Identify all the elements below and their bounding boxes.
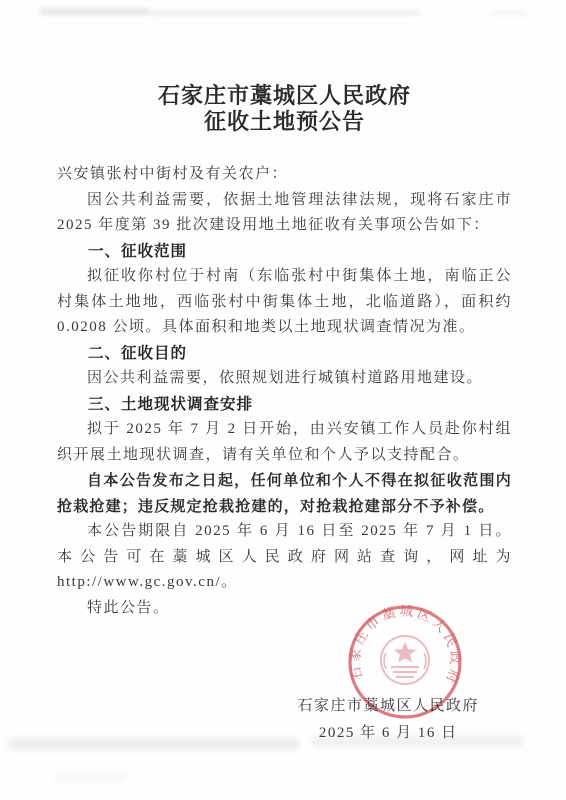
paragraph-survey: 拟于 2025 年 7 月 2 日开始，由兴安镇工作人员赴你村组织开展土地现状调… [57, 417, 512, 468]
paragraph-warning: 自本公告发布之日起，任何单位和个人不得在拟征收范围内抢栽抢建；违反规定抢栽抢建的… [57, 468, 512, 519]
paragraph-intro: 因公共利益需要，依据土地管理法律法规，现将石家庄市 2025 年度第 39 批次… [57, 188, 512, 239]
salutation: 兴安镇张村中街村及有关农户： [57, 162, 512, 188]
paragraph-notice-period: 本公告期限自 2025 年 6 月 16 日至 2025 年 7 月 1 日。本… [57, 519, 512, 596]
title-line-1: 石家庄市藁城区人民政府 [57, 83, 512, 109]
section-heading-1: 一、征收范围 [57, 239, 512, 265]
title-line-2: 征收土地预公告 [57, 109, 512, 135]
paragraph-purpose: 因公共利益需要，依照规划进行城镇村道路用地建设。 [57, 366, 512, 392]
section-heading-3: 三、土地现状调查安排 [57, 392, 512, 418]
signature-area: 石家庄市藁城区人民政府 2025 年 6 月 16 日 [57, 693, 512, 747]
paragraph-closing: 特此公告。 [57, 596, 512, 622]
scan-artifact [55, 774, 125, 782]
signature-date: 2025 年 6 月 16 日 [297, 720, 479, 747]
paragraph-scope: 拟征收你村位于村南（东临张村中街集体土地，南临正公村集体土地地，西临张村中街集体… [57, 264, 512, 341]
document-title: 石家庄市藁城区人民政府 征收土地预公告 [57, 83, 512, 135]
signature-block: 石家庄市藁城区人民政府 2025 年 6 月 16 日 [297, 693, 479, 747]
document-content: 石家庄市藁城区人民政府 征收土地预公告 兴安镇张村中街村及有关农户： 因公共利益… [0, 0, 566, 747]
signature-organization: 石家庄市藁城区人民政府 [297, 693, 479, 720]
document-page: 石家庄市藁城区人民政府 征收土地预公告 兴安镇张村中街村及有关农户： 因公共利益… [0, 0, 566, 800]
section-heading-2: 二、征收目的 [57, 341, 512, 367]
